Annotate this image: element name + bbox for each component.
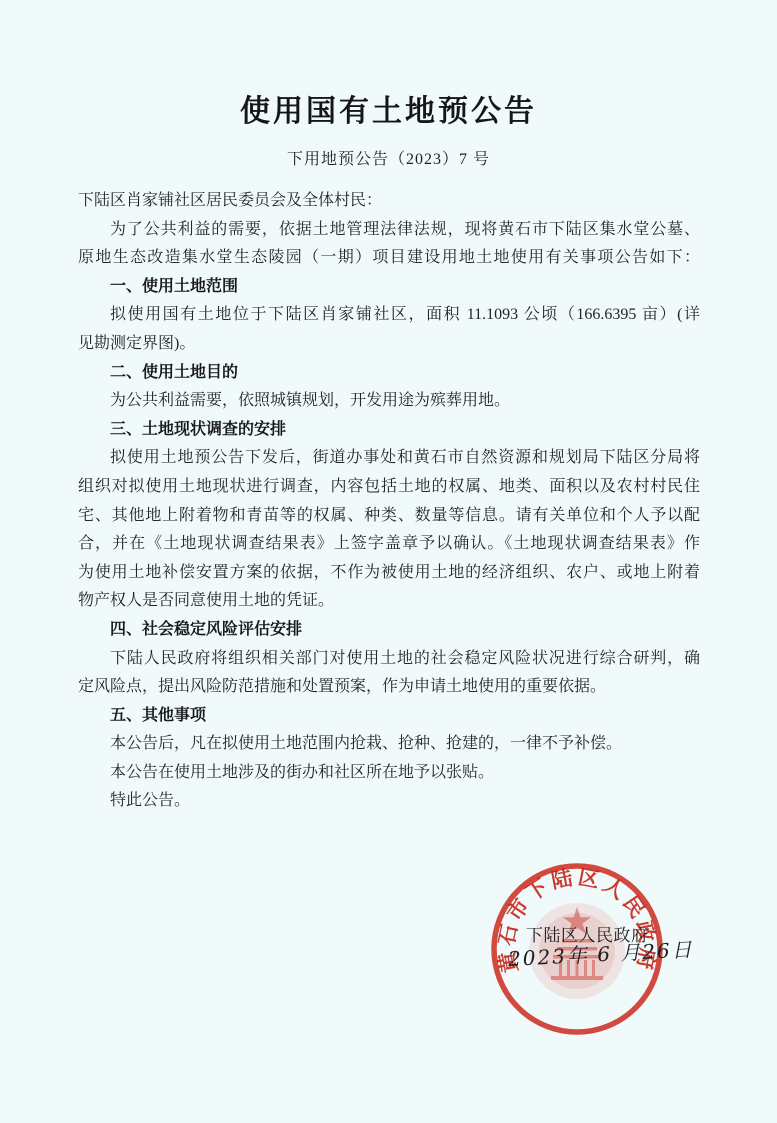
body-line: 合，并在《土地现状调查结果表》上签字盖章予以确认。《土地现状调查结果表》作 <box>78 530 700 559</box>
body-line: 为了公共利益的需要，依据土地管理法律法规，现将黄石市下陆区集水堂公墓、 <box>78 216 700 245</box>
body-line: 见勘测定界图)。 <box>78 330 700 359</box>
body-line: 本公告后，凡在拟使用土地范围内抢栽、抢种、抢建的，一律不予补偿。 <box>78 730 700 759</box>
body-line: 原地生态改造集水堂生态陵园（一期）项目建设用地土地使用有关事项公告如下： <box>78 244 700 273</box>
body-line: 下陆区肖家铺社区居民委员会及全体村民： <box>78 187 700 216</box>
body-line: 宅、其他地上附着物和青苗等的权属、种类、数量等信息。请有关单位和个人予以配 <box>78 502 700 531</box>
body-line: 为公共利益需要，依照城镇规划，开发用途为殡葬用地。 <box>78 387 700 416</box>
body-line: 特此公告。 <box>78 787 700 816</box>
document-body: 下陆区肖家铺社区居民委员会及全体村民：为了公共利益的需要，依据土地管理法律法规，… <box>78 187 700 816</box>
body-line: 定风险点，提出风险防范措施和处置预案，作为申请土地使用的重要依据。 <box>78 673 700 702</box>
document-number: 下用地预公告（2023）7 号 <box>0 146 777 169</box>
body-line: 拟使用国有土地位于下陆区肖家铺社区，面积 11.1093 公顷（166.6395… <box>78 301 700 330</box>
section-heading: 五、其他事项 <box>78 702 700 731</box>
document-title: 使用国有土地预公告 <box>0 86 777 130</box>
body-line: 本公告在使用土地涉及的街办和社区所在地予以张贴。 <box>78 759 700 788</box>
body-line: 组织对拟使用土地现状进行调查，内容包括土地的权属、地类、面积以及农村村民住 <box>78 473 700 502</box>
body-line: 拟使用土地预公告下发后，街道办事处和黄石市自然资源和规划局下陆区分局将 <box>78 444 700 473</box>
section-heading: 四、社会稳定风险评估安排 <box>78 616 700 645</box>
document-page: 使用国有土地预公告 下用地预公告（2023）7 号 下陆区肖家铺社区居民委员会及… <box>0 0 777 1123</box>
section-heading: 一、使用土地范围 <box>78 273 700 302</box>
body-line: 物产权人是否同意使用土地的凭证。 <box>78 587 700 616</box>
section-heading: 二、使用土地目的 <box>78 359 700 388</box>
body-line: 为使用土地补偿安置方案的依据，不作为被使用土地的经济组织、农户、或地上附着 <box>78 559 700 588</box>
body-line: 下陆人民政府将组织相关部门对使用土地的社会稳定风险状况进行综合研判，确 <box>78 645 700 674</box>
section-heading: 三、土地现状调查的安排 <box>78 416 700 445</box>
